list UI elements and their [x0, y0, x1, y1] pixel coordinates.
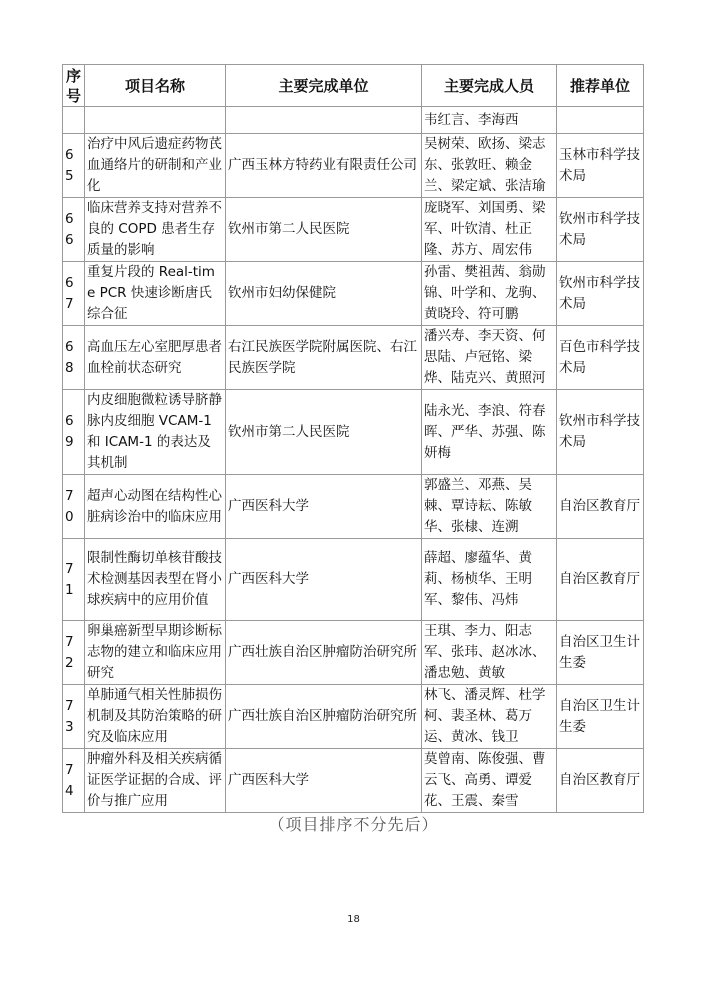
cell-seq: 73	[63, 685, 85, 749]
table-row: 73 单肺通气相关性肺损伤机制及其防治策略的研究及临床应用 广西壮族自治区肿瘤防…	[63, 685, 644, 749]
page-number: 18	[0, 914, 707, 925]
cell-seq: 69	[63, 390, 85, 475]
cell-name: 限制性酶切单核苷酸技术检测基因表型在肾小球疾病中的应用价值	[85, 539, 226, 621]
cell-unit: 右江民族医学院附属医院、右江民族医学院	[226, 326, 422, 390]
cell-recommender: 钦州市科学技术局	[557, 262, 644, 326]
cell-seq: 66	[63, 198, 85, 262]
cell-people: 陆永光、李浪、符春晖、严华、苏强、陈妍梅	[422, 390, 557, 475]
cell-people: 王琪、李力、阳志军、张玮、赵冰冰、潘忠勉、黄敏	[422, 621, 557, 685]
cell-name	[85, 107, 226, 134]
cell-people: 潘兴寿、李天资、何思陆、卢冠铭、梁烨、陆克兴、黄照河	[422, 326, 557, 390]
cell-people: 吴树荣、欧扬、梁志东、张敦旺、赖金兰、梁定斌、张洁瑜	[422, 134, 557, 198]
cell-recommender: 自治区教育厅	[557, 749, 644, 813]
table-row: 70 超声心动图在结构性心脏病诊治中的临床应用 广西医科大学 郭盛兰、邓燕、吴棘…	[63, 475, 644, 539]
table-row: 65 治疗中风后遗症药物芪血通络片的研制和产业化 广西玉林方特药业有限责任公司 …	[63, 134, 644, 198]
cell-seq: 67	[63, 262, 85, 326]
cell-seq: 74	[63, 749, 85, 813]
cell-recommender: 百色市科学技术局	[557, 326, 644, 390]
cell-seq: 68	[63, 326, 85, 390]
table-row: 69 内皮细胞微粒诱导脐静脉内皮细胞 VCAM-1 和 ICAM-1 的表达及其…	[63, 390, 644, 475]
cell-recommender	[557, 107, 644, 134]
awards-table: 序号 项目名称 主要完成单位 主要完成人员 推荐单位 韦红言、李海西 65 治疗…	[62, 64, 644, 813]
table-row: 66 临床营养支持对营养不良的 COPD 患者生存质量的影响 钦州市第二人民医院…	[63, 198, 644, 262]
header-recommender: 推荐单位	[557, 65, 644, 107]
cell-unit: 钦州市第二人民医院	[226, 198, 422, 262]
cell-people: 莫曾南、陈俊强、曹云飞、高勇、谭爱花、王震、秦雪	[422, 749, 557, 813]
cell-people: 韦红言、李海西	[422, 107, 557, 134]
cell-people: 郭盛兰、邓燕、吴棘、覃诗耘、陈敏华、张棣、连溯	[422, 475, 557, 539]
cell-people: 林飞、潘灵辉、杜学柯、裴圣林、葛万运、黄冰、钱卫	[422, 685, 557, 749]
cell-unit: 钦州市第二人民医院	[226, 390, 422, 475]
cell-unit	[226, 107, 422, 134]
cell-seq: 72	[63, 621, 85, 685]
cell-name: 肿瘤外科及相关疾病循证医学证据的合成、评价与推广应用	[85, 749, 226, 813]
header-project-name: 项目名称	[85, 65, 226, 107]
ordering-note: （项目排序不分先后）	[0, 812, 707, 835]
cell-name: 治疗中风后遗症药物芪血通络片的研制和产业化	[85, 134, 226, 198]
table-row: 68 高血压左心室肥厚患者血栓前状态研究 右江民族医学院附属医院、右江民族医学院…	[63, 326, 644, 390]
cell-people: 庞晓军、刘国勇、梁军、叶钦清、杜正隆、苏方、周宏伟	[422, 198, 557, 262]
cell-name: 重复片段的 Real-time PCR 快速诊断唐氏综合征	[85, 262, 226, 326]
cell-unit: 广西医科大学	[226, 539, 422, 621]
cell-unit: 广西壮族自治区肿瘤防治研究所	[226, 685, 422, 749]
cell-name: 卵巢癌新型早期诊断标志物的建立和临床应用研究	[85, 621, 226, 685]
table-row: 71 限制性酶切单核苷酸技术检测基因表型在肾小球疾病中的应用价值 广西医科大学 …	[63, 539, 644, 621]
table-row: 72 卵巢癌新型早期诊断标志物的建立和临床应用研究 广西壮族自治区肿瘤防治研究所…	[63, 621, 644, 685]
cell-unit: 广西壮族自治区肿瘤防治研究所	[226, 621, 422, 685]
cell-recommender: 自治区卫生计生委	[557, 621, 644, 685]
cell-recommender: 自治区教育厅	[557, 539, 644, 621]
cell-recommender: 自治区教育厅	[557, 475, 644, 539]
cell-seq	[63, 107, 85, 134]
cell-unit: 广西医科大学	[226, 749, 422, 813]
cell-recommender: 玉林市科学技术局	[557, 134, 644, 198]
cell-name: 超声心动图在结构性心脏病诊治中的临床应用	[85, 475, 226, 539]
cell-recommender: 自治区卫生计生委	[557, 685, 644, 749]
cell-name: 高血压左心室肥厚患者血栓前状态研究	[85, 326, 226, 390]
cell-name: 单肺通气相关性肺损伤机制及其防治策略的研究及临床应用	[85, 685, 226, 749]
cell-unit: 钦州市妇幼保健院	[226, 262, 422, 326]
cell-name: 内皮细胞微粒诱导脐静脉内皮细胞 VCAM-1 和 ICAM-1 的表达及其机制	[85, 390, 226, 475]
header-seq: 序号	[63, 65, 85, 107]
cell-recommender: 钦州市科学技术局	[557, 390, 644, 475]
cell-unit: 广西玉林方特药业有限责任公司	[226, 134, 422, 198]
table-header-row: 序号 项目名称 主要完成单位 主要完成人员 推荐单位	[63, 65, 644, 107]
table-row: 67 重复片段的 Real-time PCR 快速诊断唐氏综合征 钦州市妇幼保健…	[63, 262, 644, 326]
table-row-continuation: 韦红言、李海西	[63, 107, 644, 134]
cell-seq: 65	[63, 134, 85, 198]
table-row: 74 肿瘤外科及相关疾病循证医学证据的合成、评价与推广应用 广西医科大学 莫曾南…	[63, 749, 644, 813]
cell-seq: 71	[63, 539, 85, 621]
header-people: 主要完成人员	[422, 65, 557, 107]
cell-people: 孙雷、樊祖茜、翁勋锦、叶学和、龙驹、黄晓玲、符可鹏	[422, 262, 557, 326]
cell-name: 临床营养支持对营养不良的 COPD 患者生存质量的影响	[85, 198, 226, 262]
cell-people: 薛超、廖蕴华、黄莉、杨桢华、王明军、黎伟、冯炜	[422, 539, 557, 621]
cell-unit: 广西医科大学	[226, 475, 422, 539]
header-unit: 主要完成单位	[226, 65, 422, 107]
cell-seq: 70	[63, 475, 85, 539]
cell-recommender: 钦州市科学技术局	[557, 198, 644, 262]
